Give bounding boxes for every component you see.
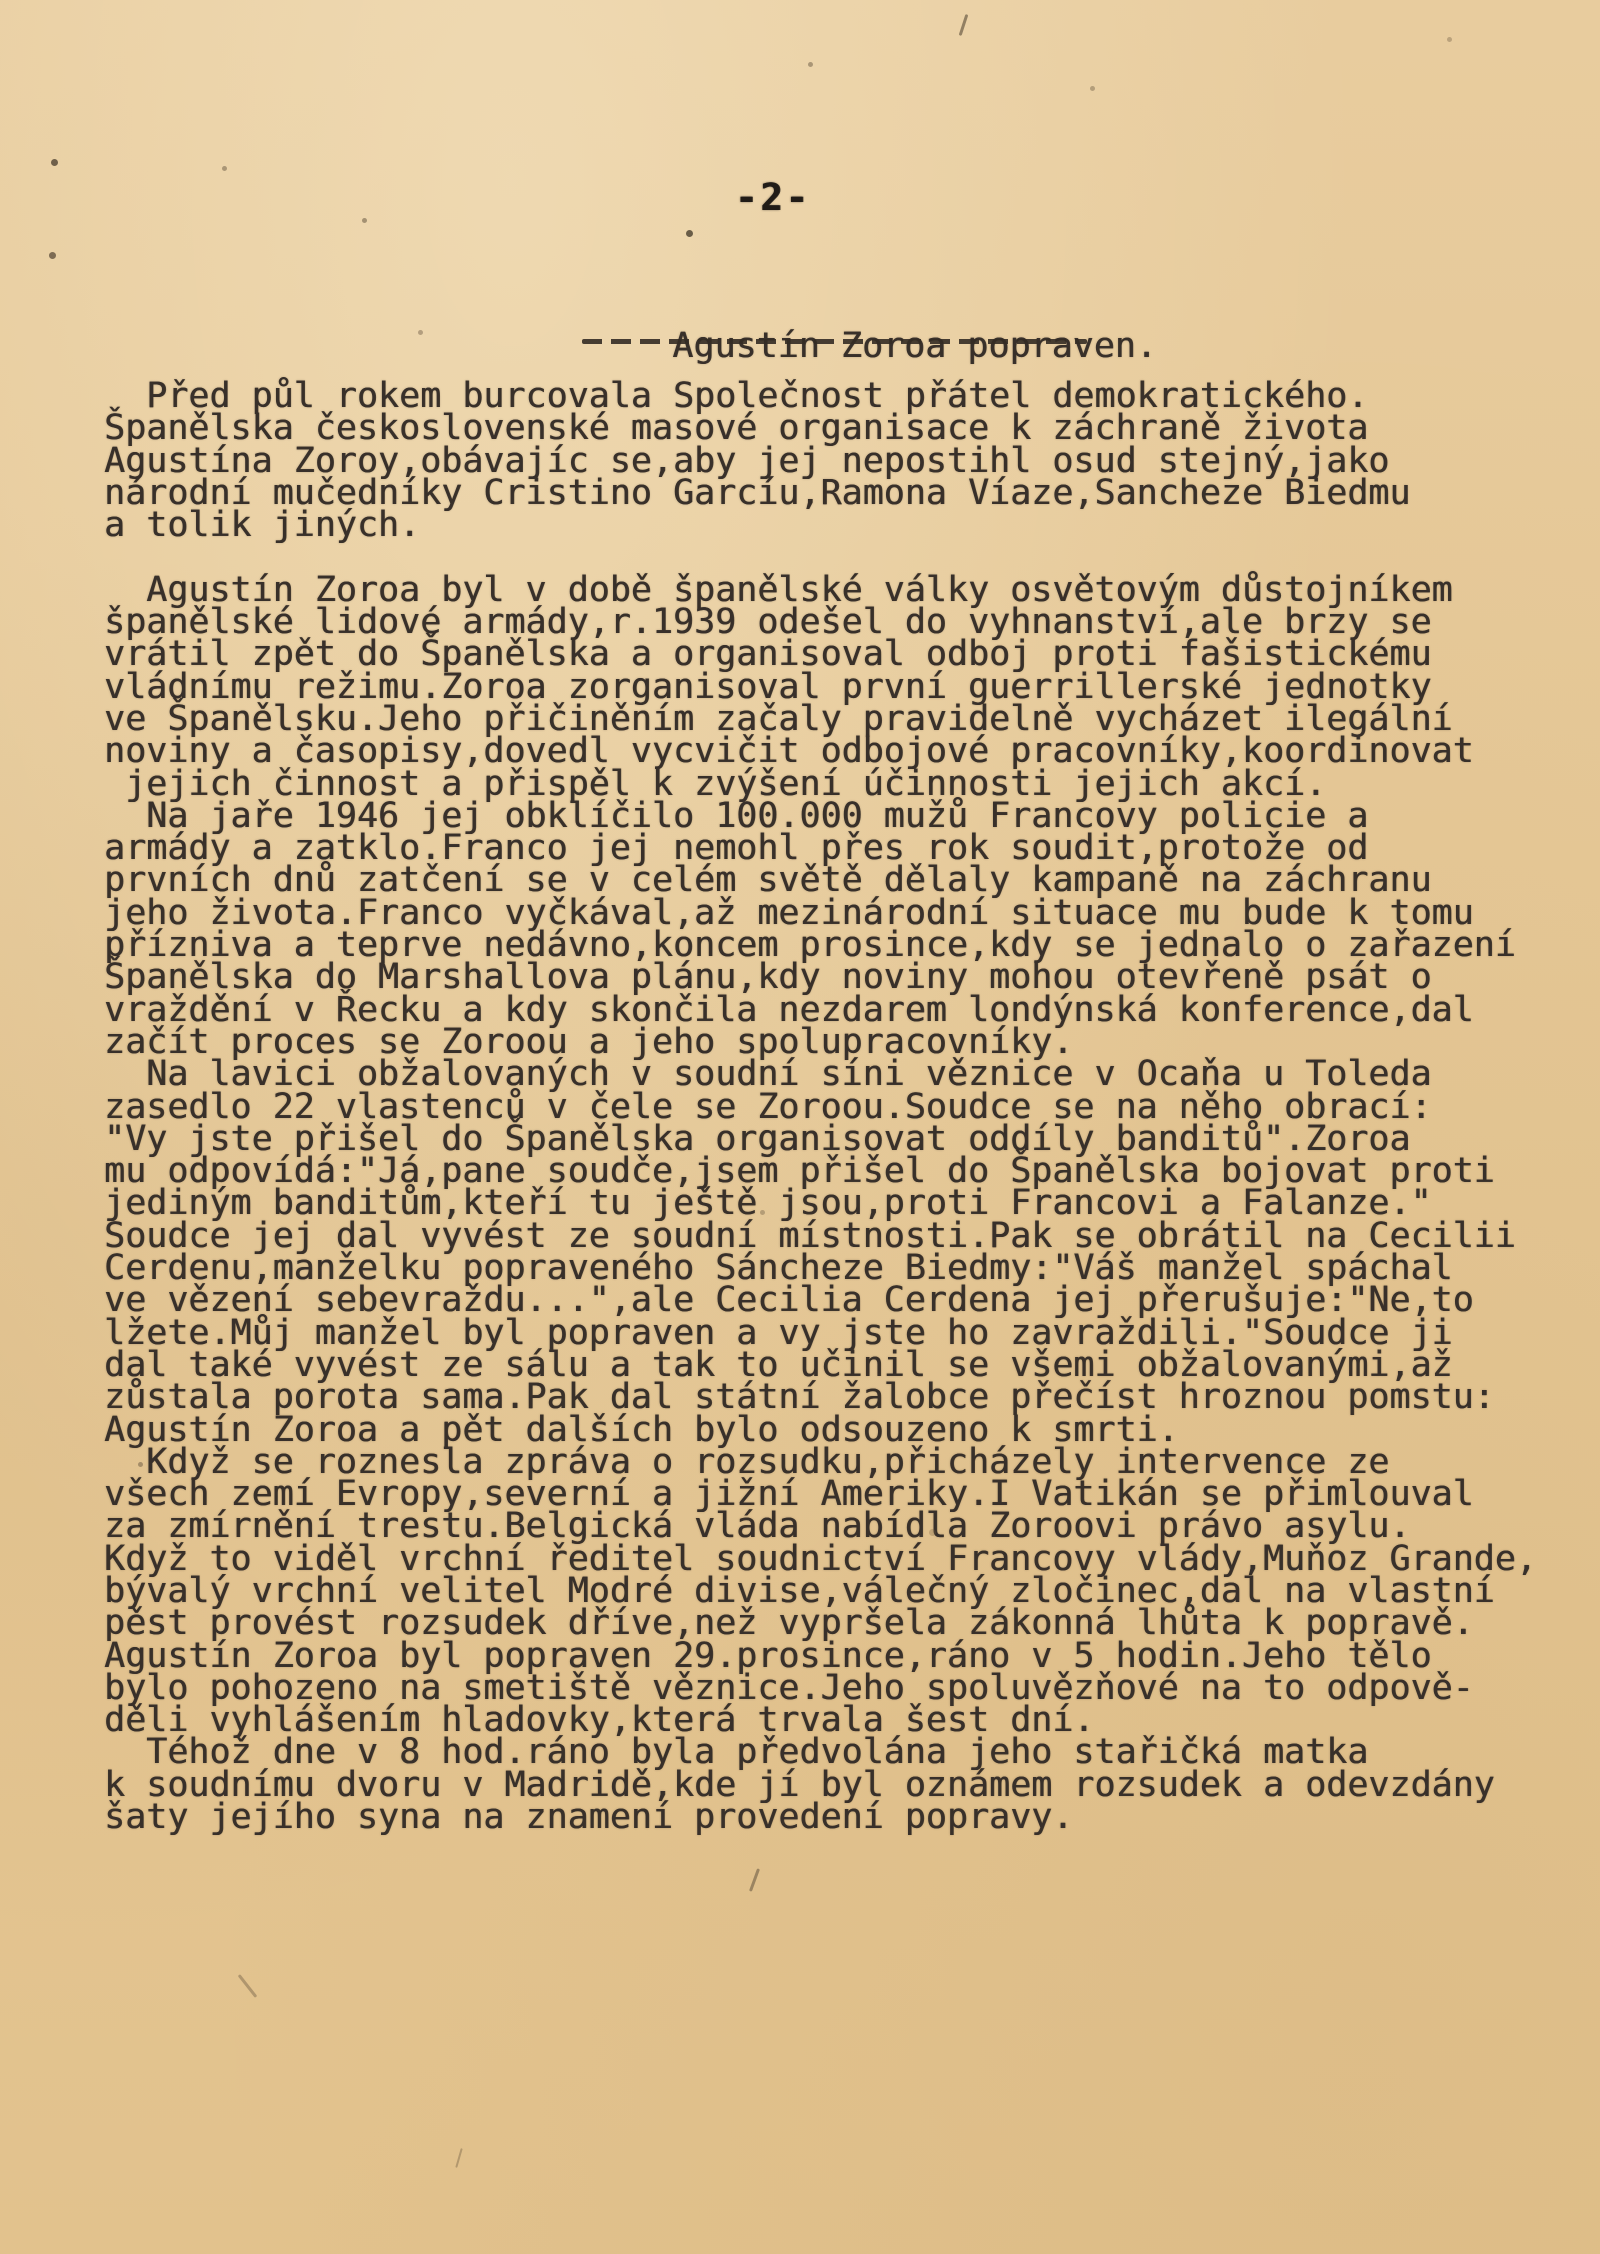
document-page: -2- Agustín Zoroa popraven. Před půl rok… <box>0 0 1600 2254</box>
stray-pen-mark <box>749 1868 760 1892</box>
paragraph-6: Téhož dne v 8 hod.ráno byla předvolána j… <box>104 1736 1537 1833</box>
paragraph-5: Když se roznesla zpráva o rozsudku,přich… <box>104 1446 1537 1737</box>
document-body: Před půl rokem burcovala Společnost přát… <box>104 380 1537 1833</box>
document-title-text: Agustín Zoroa popraven. <box>672 326 1157 366</box>
stray-pen-mark <box>238 1974 258 1998</box>
paragraph-2: Agustín Zoroa byl v době španělské války… <box>104 574 1537 800</box>
paragraph-4: Na lavici obžalovaných v soudní síni věz… <box>104 1058 1537 1446</box>
title-underline <box>582 339 1087 344</box>
stray-pen-mark <box>959 14 969 36</box>
paragraph-3: Na jaře 1946 jej obklíčilo 100.000 mužů … <box>104 800 1537 1058</box>
stray-pen-mark <box>455 2148 462 2168</box>
paragraph-1: Před půl rokem burcovala Společnost přát… <box>104 380 1537 541</box>
paper-specks <box>0 0 5 5</box>
page-number: -2- <box>735 176 811 219</box>
